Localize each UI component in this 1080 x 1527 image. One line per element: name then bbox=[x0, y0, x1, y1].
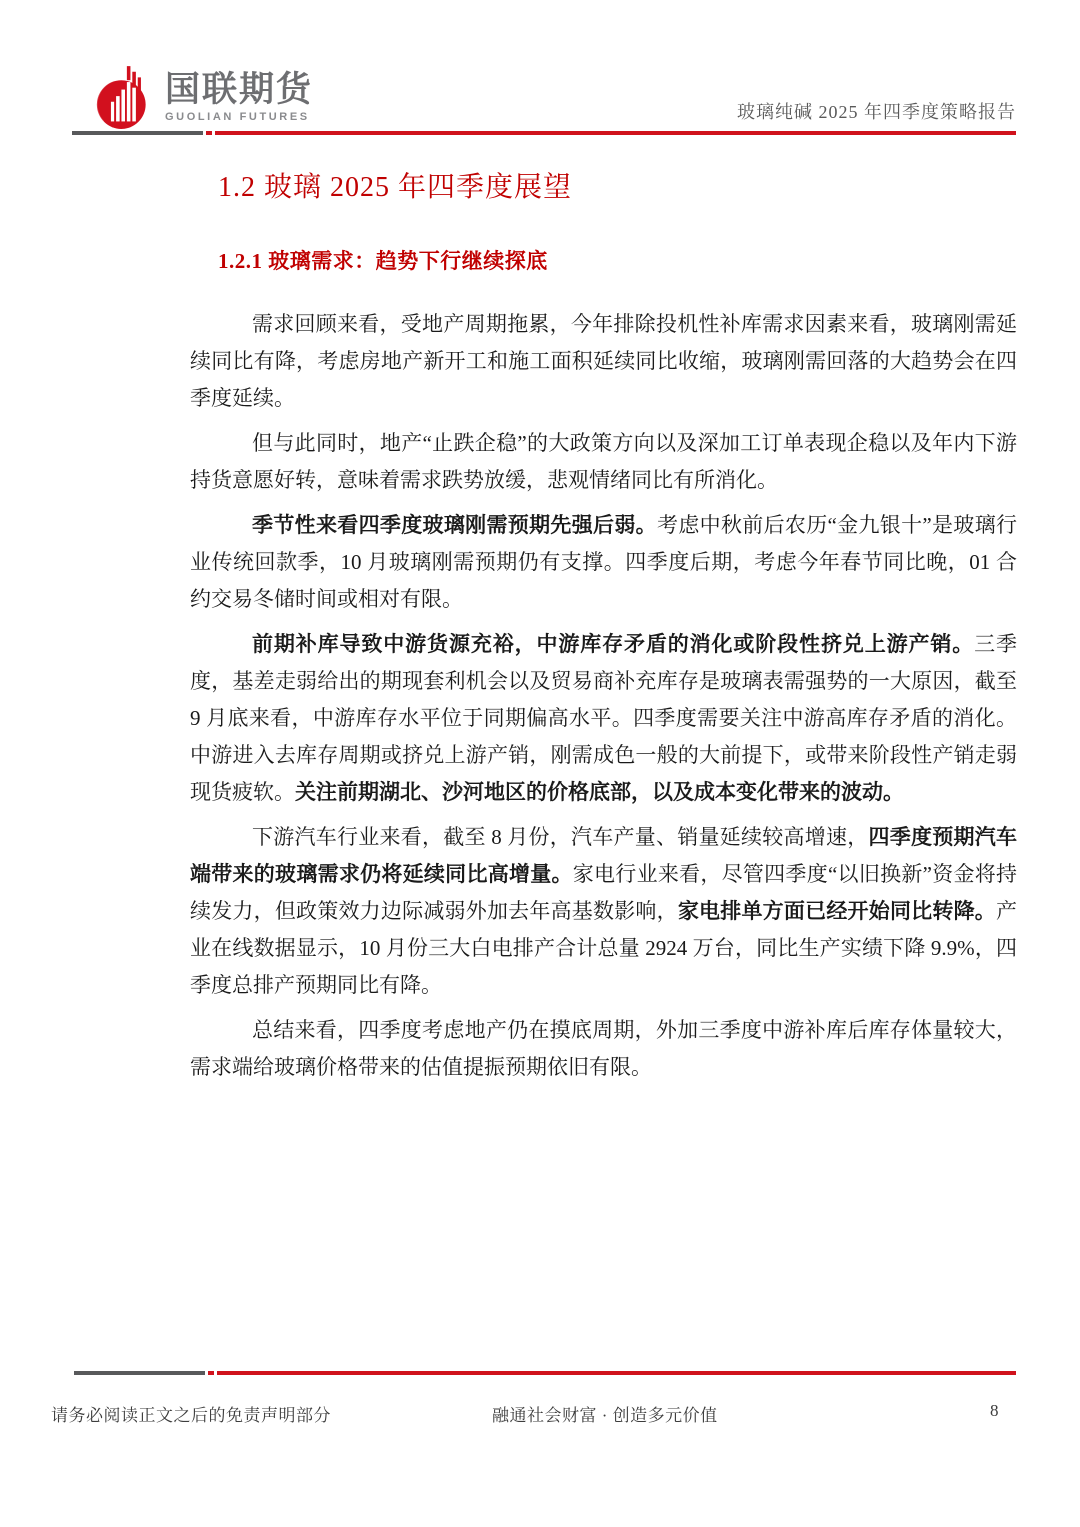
text-run: 关注前期湖北、沙河地区的价格底部，以及成本变化带来的波动。 bbox=[295, 780, 904, 804]
text-run: 需求回顾来看，受地产周期拖累，今年排除投机性补库需求因素来看，玻璃刚需延续同比有… bbox=[190, 312, 1017, 410]
body-paragraph: 下游汽车行业来看，截至 8 月份，汽车产量、销量延续较高增速，四季度预期汽车端带… bbox=[190, 819, 1017, 1004]
header-rule-dot bbox=[206, 131, 212, 135]
text-run: 但与此同时，地产“止跌企稳”的大政策方向以及深加工订单表现企稳以及年内下游持货意… bbox=[190, 431, 1017, 492]
text-run: 总结来看，四季度考虑地产仍在摸底周期，外加三季度中游补库后库存体量较大，需求端给… bbox=[190, 1018, 1017, 1079]
footer-rule-red bbox=[217, 1371, 1016, 1375]
report-page: 国联期货 GUOLIAN FUTURES 玻璃纯碱 2025 年四季度策略报告 … bbox=[0, 0, 1080, 1527]
header-rule-gray bbox=[72, 131, 203, 135]
body-text: 需求回顾来看，受地产周期拖累，今年排除投机性补库需求因素来看，玻璃刚需延续同比有… bbox=[190, 306, 1017, 1094]
text-run: 下游汽车行业来看，截至 8 月份，汽车产量、销量延续较高增速， bbox=[252, 825, 869, 849]
footer-slogan: 融通社会财富 · 创造多元价值 bbox=[492, 1401, 718, 1426]
report-title: 玻璃纯碱 2025 年四季度策略报告 bbox=[737, 98, 1016, 124]
body-paragraph: 总结来看，四季度考虑地产仍在摸底周期，外加三季度中游补库后库存体量较大，需求端给… bbox=[190, 1012, 1017, 1086]
company-logo: 国联期货 GUOLIAN FUTURES bbox=[95, 62, 313, 134]
text-run: 三季度，基差走弱给出的期现套利机会以及贸易商补充库存是玻璃表需强势的一大原因，截… bbox=[190, 632, 1017, 804]
footer-rule-dot bbox=[208, 1371, 214, 1375]
logo-text: 国联期货 GUOLIAN FUTURES bbox=[165, 62, 313, 123]
body-paragraph: 但与此同时，地产“止跌企稳”的大政策方向以及深加工订单表现企稳以及年内下游持货意… bbox=[190, 425, 1017, 499]
logo-name-cn: 国联期货 bbox=[165, 72, 313, 107]
body-paragraph: 前期补库导致中游货源充裕，中游库存矛盾的消化或阶段性挤兑上游产销。三季度，基差走… bbox=[190, 626, 1017, 811]
body-paragraph: 季节性来看四季度玻璃刚需预期先强后弱。考虑中秋前后农历“金九银十”是玻璃行业传统… bbox=[190, 507, 1017, 618]
text-run: 前期补库导致中游货源充裕，中游库存矛盾的消化或阶段性挤兑上游产销。 bbox=[252, 632, 974, 656]
header-rule-red bbox=[215, 131, 1016, 135]
logo-name-en: GUOLIAN FUTURES bbox=[165, 111, 313, 123]
text-run: 季节性来看四季度玻璃刚需预期先强后弱。 bbox=[252, 513, 657, 537]
guolian-futures-logo-icon bbox=[95, 62, 155, 134]
footer-disclaimer: 请务必阅读正文之后的免责声明部分 bbox=[51, 1401, 331, 1426]
section-heading: 1.2 玻璃 2025 年四季度展望 bbox=[218, 165, 572, 205]
footer-rule-gray bbox=[74, 1371, 205, 1375]
body-paragraph: 需求回顾来看，受地产周期拖累，今年排除投机性补库需求因素来看，玻璃刚需延续同比有… bbox=[190, 306, 1017, 417]
text-run: 家电排单方面已经开始同比转降。 bbox=[678, 899, 996, 923]
subsection-heading: 1.2.1 玻璃需求：趋势下行继续探底 bbox=[218, 245, 548, 275]
page-number: 8 bbox=[990, 1401, 999, 1421]
